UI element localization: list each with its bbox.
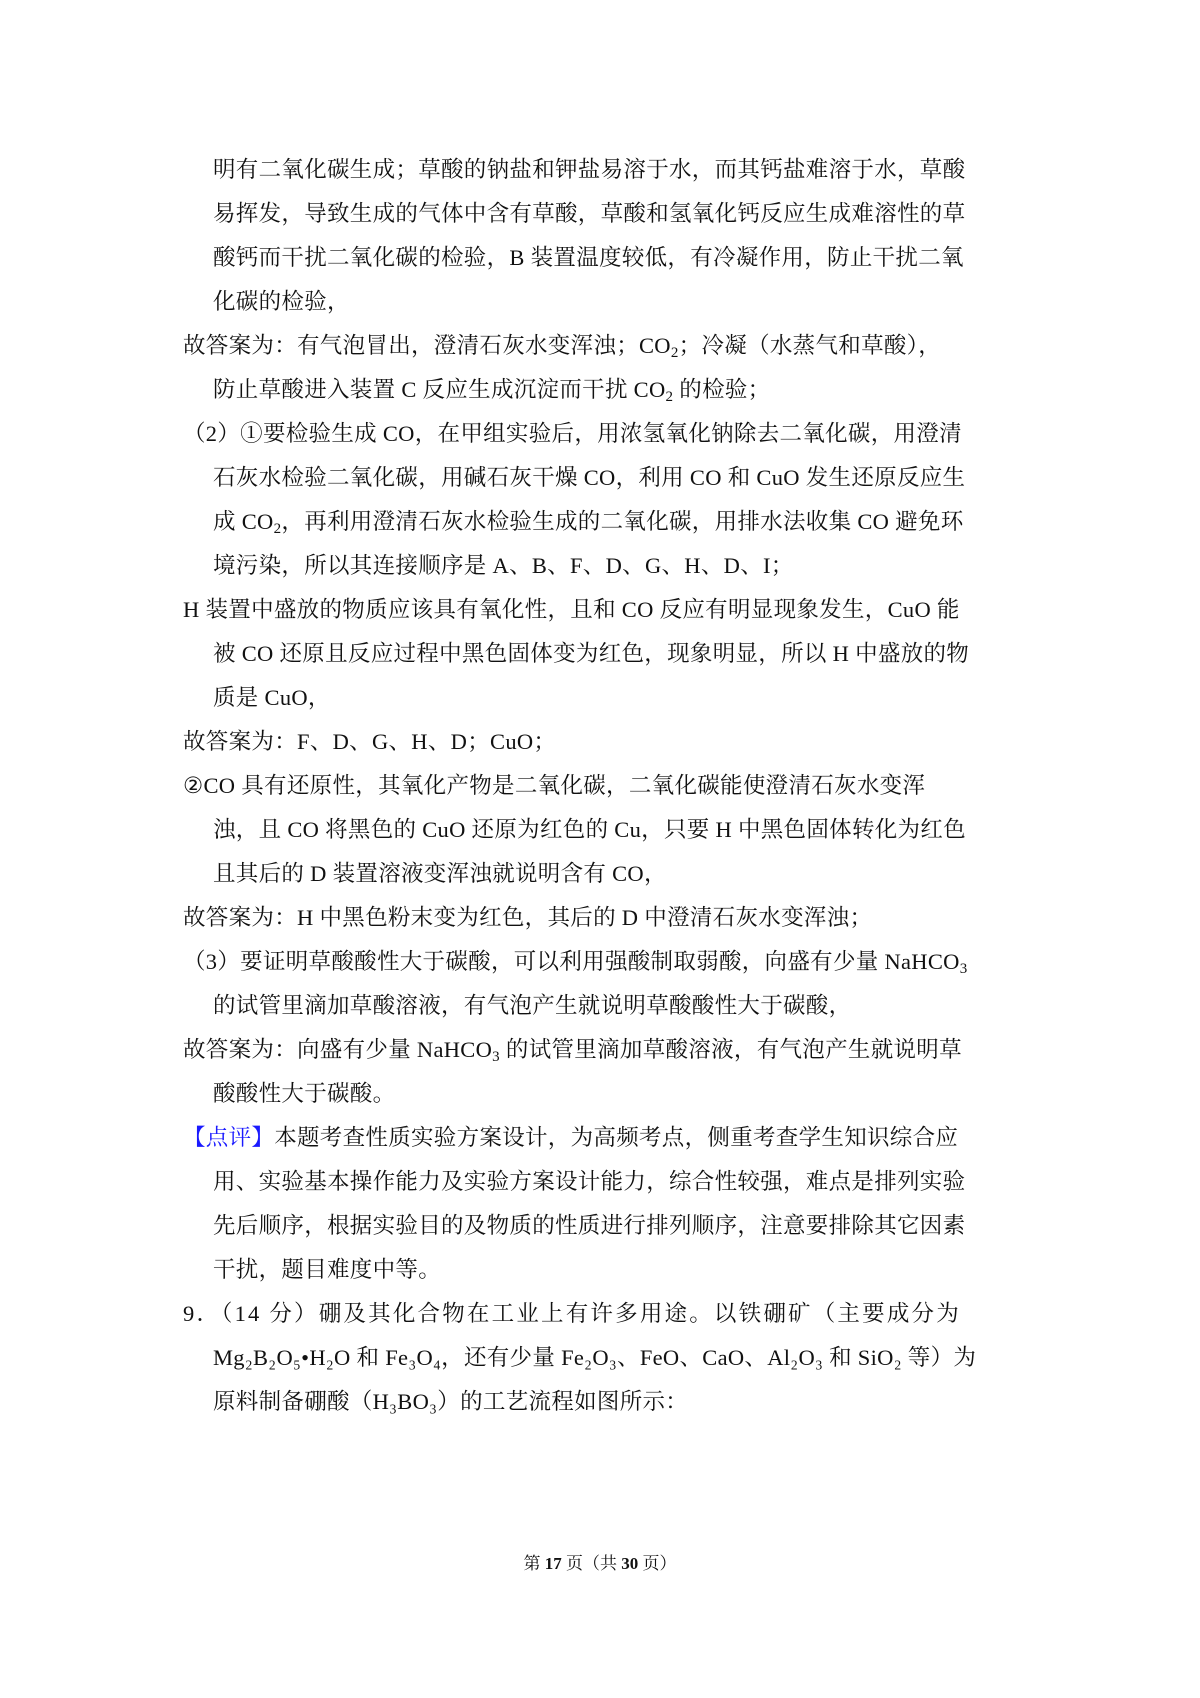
paragraph-line: 质是 CuO，	[183, 676, 1023, 720]
footer-text: 页）	[638, 1554, 676, 1573]
subscript: 3	[960, 961, 968, 977]
line-text: 故答案为：向盛有少量 NaHCO	[183, 1037, 492, 1062]
line-text: H 装置中盛放的物质应该具有氧化性，且和 CO 反应有明显现象发生，CuO 能	[183, 597, 960, 622]
paragraph-line: 化碳的检验，	[183, 280, 1023, 324]
line-text: 用、实验基本操作能力及实验方案设计能力，综合性较强，难点是排列实验	[213, 1169, 965, 1194]
question-text: 原料制备硼酸（H₃BO₃）的工艺流程如图所示：	[213, 1389, 688, 1414]
line-text: ，再利用澄清石灰水检验生成的二氧化碳，用排水法收集 CO 避免环	[281, 509, 963, 534]
answer-line: 酸酸性大于碳酸。	[183, 1072, 1023, 1116]
line-text: 的试管里滴加草酸溶液，有气泡产生就说明草	[500, 1037, 962, 1062]
answer-line: 故答案为：有气泡冒出，澄清石灰水变浑浊；CO2；冷凝（水蒸气和草酸），	[183, 324, 1023, 368]
paragraph-line: 酸钙而干扰二氧化碳的检验，B 装置温度较低，有冷凝作用，防止干扰二氧	[183, 236, 1023, 280]
document-page: 明有二氧化碳生成；草酸的钠盐和钾盐易溶于水，而其钙盐难溶于水，草酸 易挥发，导致…	[0, 0, 1200, 1698]
paragraph-line: 被 CO 还原且反应过程中黑色固体变为红色，现象明显，所以 H 中盛放的物	[183, 632, 1023, 676]
question-line: 原料制备硼酸（H₃BO₃）的工艺流程如图所示：	[183, 1380, 1023, 1424]
paragraph-line: 干扰，题目难度中等。	[183, 1248, 1023, 1292]
line-text: 酸酸性大于碳酸。	[213, 1081, 395, 1106]
line-text: 干扰，题目难度中等。	[213, 1257, 441, 1282]
paragraph-line: 的试管里滴加草酸溶液，有气泡产生就说明草酸酸性大于碳酸，	[183, 984, 1023, 1028]
paragraph-line: 成 CO2，再利用澄清石灰水检验生成的二氧化碳，用排水法收集 CO 避免环	[183, 500, 1023, 544]
line-text: 浊，且 CO 将黑色的 CuO 还原为红色的 Cu，只要 H 中黑色固体转化为红…	[213, 817, 966, 842]
answer-line: 故答案为：F、D、G、H、D；CuO；	[183, 720, 1023, 764]
line-text: 的试管里滴加草酸溶液，有气泡产生就说明草酸酸性大于碳酸，	[213, 993, 851, 1018]
line-text: ；冷凝（水蒸气和草酸），	[679, 333, 941, 358]
line-text: 先后顺序，根据实验目的及物质的性质进行排列顺序，注意要排除其它因素	[213, 1213, 965, 1238]
paragraph-line: 境污染，所以其连接顺序是 A、B、F、D、G、H、D、I；	[183, 544, 1023, 588]
line-text: 本题考查性质实验方案设计，为高频考点，侧重考查学生知识综合应	[274, 1125, 958, 1150]
answer-line: 故答案为：H 中黑色粉末变为红色，其后的 D 中澄清石灰水变浑浊；	[183, 896, 1023, 940]
answer-explanation-body: 明有二氧化碳生成；草酸的钠盐和钾盐易溶于水，而其钙盐难溶于水，草酸 易挥发，导致…	[183, 148, 1023, 1424]
line-text: 酸钙而干扰二氧化碳的检验，B 装置温度较低，有冷凝作用，防止干扰二氧	[213, 245, 964, 270]
current-page-number: 17	[545, 1554, 562, 1573]
footer-text: 页（共	[562, 1554, 622, 1573]
line-text: ②CO 具有还原性，其氧化产物是二氧化碳，二氧化碳能使澄清石灰水变浑	[183, 773, 925, 798]
line-text: （3）要证明草酸酸性大于碳酸，可以利用强酸制取弱酸，向盛有少量 NaHCO	[183, 949, 960, 974]
line-text: 明有二氧化碳生成；草酸的钠盐和钾盐易溶于水，而其钙盐难溶于水，草酸	[213, 157, 965, 182]
paragraph-line: H 装置中盛放的物质应该具有氧化性，且和 CO 反应有明显现象发生，CuO 能	[183, 588, 1023, 632]
subscript: 3	[492, 1049, 500, 1065]
subquestion-line: （3）要证明草酸酸性大于碳酸，可以利用强酸制取弱酸，向盛有少量 NaHCO3	[183, 940, 1023, 984]
line-text: 石灰水检验二氧化碳，用碱石灰干燥 CO，利用 CO 和 CuO 发生还原反应生	[213, 465, 965, 490]
line-text: 且其后的 D 装置溶液变浑浊就说明含有 CO，	[213, 861, 667, 886]
subscript: 2	[671, 345, 679, 361]
paragraph-line: 明有二氧化碳生成；草酸的钠盐和钾盐易溶于水，而其钙盐难溶于水，草酸	[183, 148, 1023, 192]
total-pages-number: 30	[621, 1554, 638, 1573]
review-label: 【点评】	[183, 1125, 274, 1150]
paragraph-line: 石灰水检验二氧化碳，用碱石灰干燥 CO，利用 CO 和 CuO 发生还原反应生	[183, 456, 1023, 500]
line-text: 故答案为：H 中黑色粉末变为红色，其后的 D 中澄清石灰水变浑浊；	[183, 905, 872, 930]
paragraph-line: 用、实验基本操作能力及实验方案设计能力，综合性较强，难点是排列实验	[183, 1160, 1023, 1204]
line-text: 化碳的检验，	[213, 289, 350, 314]
line-text: 故答案为：F、D、G、H、D；CuO；	[183, 729, 556, 754]
line-text: 防止草酸进入装置 C 反应生成沉淀而干扰 CO	[213, 377, 666, 402]
review-line: 【点评】本题考查性质实验方案设计，为高频考点，侧重考查学生知识综合应	[183, 1116, 1023, 1160]
question-text: Mg₂B₂O₅•H₂O 和 Fe₃O₄，还有少量 Fe₂O₃、FeO、CaO、A…	[213, 1345, 976, 1370]
paragraph-line: 先后顺序，根据实验目的及物质的性质进行排列顺序，注意要排除其它因素	[183, 1204, 1023, 1248]
line-text: 故答案为：有气泡冒出，澄清石灰水变浑浊；CO	[183, 333, 671, 358]
line-text: 境污染，所以其连接顺序是 A、B、F、D、G、H、D、I；	[213, 553, 794, 578]
line-text: 易挥发，导致生成的气体中含有草酸，草酸和氢氧化钙反应生成难溶性的草	[213, 201, 965, 226]
paragraph-line: ②CO 具有还原性，其氧化产物是二氧化碳，二氧化碳能使澄清石灰水变浑	[183, 764, 1023, 808]
line-text: 的检验；	[673, 377, 770, 402]
question-line: Mg₂B₂O₅•H₂O 和 Fe₃O₄，还有少量 Fe₂O₃、FeO、CaO、A…	[183, 1336, 1023, 1380]
page-footer: 第 17 页（共 30 页）	[0, 1549, 1200, 1579]
paragraph-line: 易挥发，导致生成的气体中含有草酸，草酸和氢氧化钙反应生成难溶性的草	[183, 192, 1023, 236]
paragraph-line: 浊，且 CO 将黑色的 CuO 还原为红色的 Cu，只要 H 中黑色固体转化为红…	[183, 808, 1023, 852]
subquestion-line: （2）①要检验生成 CO，在甲组实验后，用浓氢氧化钠除去二氧化碳，用澄清	[183, 412, 1023, 456]
answer-line: 防止草酸进入装置 C 反应生成沉淀而干扰 CO2 的检验；	[183, 368, 1023, 412]
line-text: （2）①要检验生成 CO，在甲组实验后，用浓氢氧化钠除去二氧化碳，用澄清	[183, 421, 962, 446]
paragraph-line: 且其后的 D 装置溶液变浑浊就说明含有 CO，	[183, 852, 1023, 896]
line-text: 成 CO	[213, 509, 274, 534]
answer-line: 故答案为：向盛有少量 NaHCO3 的试管里滴加草酸溶液，有气泡产生就说明草	[183, 1028, 1023, 1072]
line-text: 被 CO 还原且反应过程中黑色固体变为红色，现象明显，所以 H 中盛放的物	[213, 641, 969, 666]
footer-text: 第	[524, 1554, 545, 1573]
question-text: 9．（14 分）硼及其化合物在工业上有许多用途。以铁硼矿（主要成分为	[183, 1301, 961, 1326]
line-text: 质是 CuO，	[213, 685, 331, 710]
question-line: 9．（14 分）硼及其化合物在工业上有许多用途。以铁硼矿（主要成分为	[183, 1292, 1023, 1336]
